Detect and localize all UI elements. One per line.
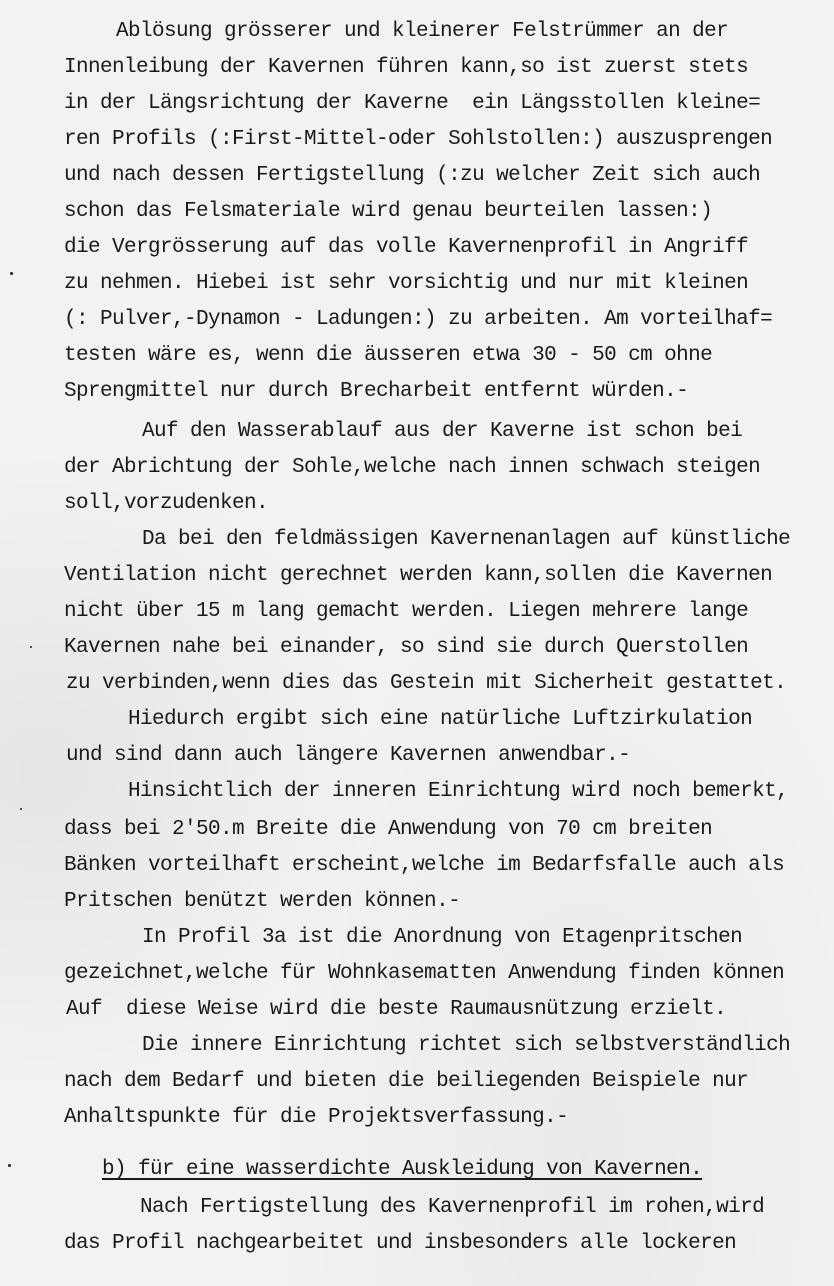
paragraph-start: Hinsichtlich der inneren Einrichtung wir… (128, 780, 788, 804)
text-line: Sprengmittel nur durch Brecharbeit entfe… (64, 380, 688, 404)
text-line: Innenleibung der Kavernen führen kann,so… (64, 56, 748, 80)
text-line: Pritschen benützt werden können.- (64, 890, 460, 914)
text-line: Ablösung grösserer und kleinerer Felstrü… (116, 20, 728, 44)
text-line: Bänken vorteilhaft erscheint,welche im B… (64, 854, 784, 878)
scan-speck (10, 272, 13, 275)
text-line: Auf diese Weise wird die beste Raumausnü… (66, 998, 726, 1022)
text-line: zu verbinden,wenn dies das Gestein mit S… (66, 672, 786, 696)
text-line: das Profil nachgearbeitet und insbesonde… (64, 1232, 736, 1256)
text-line: Anhaltspunkte für die Projektsverfassung… (64, 1106, 568, 1130)
text-line: in der Längsrichtung der Kaverne ein Län… (64, 92, 760, 116)
text-line: schon das Felsmateriale wird genau beurt… (64, 200, 712, 224)
text-line: zu nehmen. Hiebei ist sehr vorsichtig un… (64, 272, 748, 296)
text-line: und sind dann auch längere Kavernen anwe… (66, 744, 630, 768)
paragraph-start: In Profil 3a ist die Anordnung von Etage… (142, 926, 742, 950)
text-line: gezeichnet,welche für Wohnkasematten Anw… (64, 962, 784, 986)
text-line: soll,vorzudenken. (64, 492, 268, 516)
scan-speck (30, 646, 32, 648)
text-line: dass bei 2'50.m Breite die Anwendung von… (64, 818, 712, 842)
text-line: nach dem Bedarf und bieten die beiliegen… (64, 1070, 748, 1094)
paragraph-start: Hiedurch ergibt sich eine natürliche Luf… (128, 708, 752, 732)
text-line: Ventilation nicht gerechnet werden kann,… (64, 564, 772, 588)
text-line: der Abrichtung der Sohle,welche nach inn… (64, 456, 760, 480)
scan-speck (20, 808, 22, 810)
text-line: und nach dessen Fertigstellung (:zu welc… (64, 164, 760, 188)
paragraph-start: Da bei den feldmässigen Kavernenanlagen … (142, 528, 790, 552)
text-line: die Vergrösserung auf das volle Kavernen… (64, 236, 748, 260)
scan-speck (8, 1164, 11, 1167)
text-line: testen wäre es, wenn die äusseren etwa 3… (64, 344, 712, 368)
text-line: (: Pulver,-Dynamon - Ladungen:) zu arbei… (64, 308, 772, 332)
paragraph-start: Die innere Einrichtung richtet sich selb… (142, 1034, 790, 1058)
paragraph-start: Nach Fertigstellung des Kavernenprofil i… (140, 1196, 764, 1220)
document-page: Ablösung grösserer und kleinerer Felstrü… (0, 0, 834, 1286)
text-line: nicht über 15 m lang gemacht werden. Lie… (64, 600, 748, 624)
text-line: Kavernen nahe bei einander, so sind sie … (64, 636, 748, 660)
paragraph-start: Auf den Wasserablauf aus der Kaverne ist… (142, 420, 742, 444)
text-line: ren Profils (:First-Mittel-oder Sohlstol… (64, 128, 772, 152)
section-heading: b) für eine wasserdichte Auskleidung von… (102, 1158, 702, 1182)
